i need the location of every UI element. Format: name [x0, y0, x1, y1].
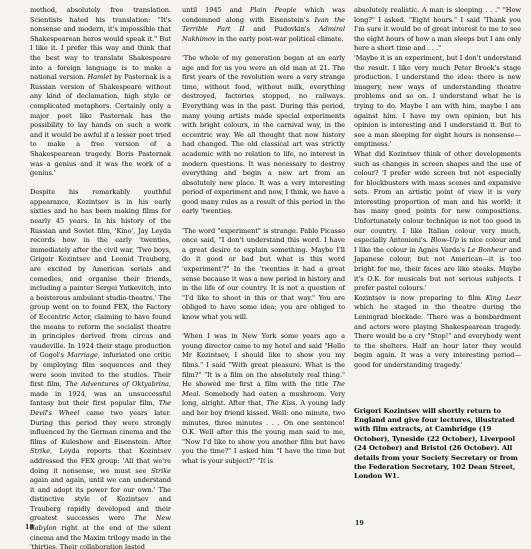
scanned-magazine-spread: method, absolutely free translation. Sci… [0, 0, 531, 549]
paragraph: 'When I was in New York some years ago a… [182, 332, 345, 466]
paragraph: What did Kozintsev think of other develo… [354, 150, 521, 294]
text-column-right: absolutely realistic. A man is sleeping … [354, 6, 521, 482]
text-column-middle: until 1945 and Plain People which was co… [182, 6, 345, 467]
paragraph: 'Maybe it is an experiment, but I don't … [354, 54, 521, 150]
paragraph: Kozintsev is now preparing to film King … [354, 294, 521, 371]
paragraph: 'The whole of my generation began at an … [182, 54, 345, 217]
lecture-notice: Grigori Kozintsev will shortly return to… [354, 407, 521, 482]
page-number-right: 19 [355, 520, 364, 527]
paragraph: Despite his remarkably youthful appearan… [30, 188, 171, 549]
paragraph: method, absolutely free translation. Sci… [30, 6, 171, 179]
paragraph: 'The word "experiment" is strange. Pablo… [182, 227, 345, 323]
paragraph: until 1945 and Plain People which was co… [182, 6, 345, 44]
page-number-left: 18 [25, 524, 34, 531]
text-column-left: method, absolutely free translation. Sci… [30, 6, 171, 549]
paragraph: absolutely realistic. A man is sleeping … [354, 6, 521, 54]
